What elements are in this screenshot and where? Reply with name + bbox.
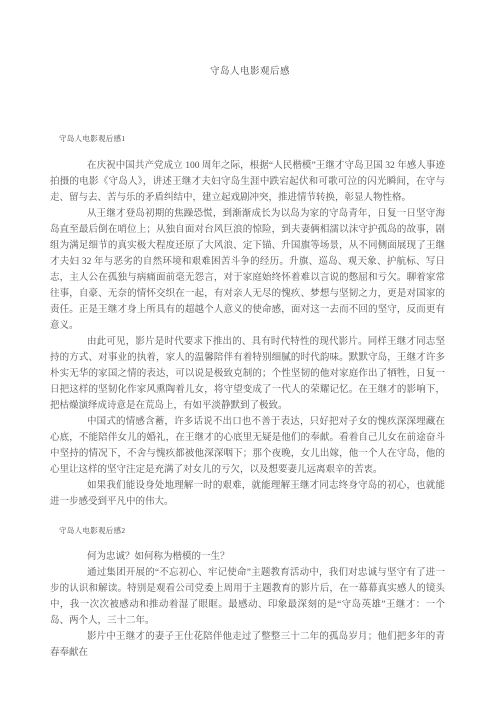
paragraph: 由此可见，影片是时代要求下推出的、具有时代特性的现代影片。同样王继才同志坚持的方… (50, 334, 445, 414)
section-heading-1: 守岛人电影观后感1 (59, 134, 445, 144)
paragraph: 中国式的情感含蓄，许多话说不出口也不善于表达，只好把对子女的愧疚深深埋藏在心底，… (50, 414, 445, 478)
section-review-1: 守岛人电影观后感1 在庆祝中国共产党成立 100 周年之际，根据“人民楷模”王继… (50, 134, 445, 510)
paragraph: 如果我们能设身处地理解一时的艰难，就能理解王继才同志终身守岛的初心，也就能进一步… (50, 478, 445, 510)
document-title: 守岛人电影观后感 (0, 0, 500, 78)
paragraph: 通过集团开展的“不忘初心、牢记使命”主题教育活动中，我们对忠诚与坚守有了进一步的… (50, 565, 445, 629)
document-content: 守岛人电影观后感1 在庆祝中国共产党成立 100 周年之际，根据“人民楷模”王继… (50, 134, 445, 661)
document-page: 守岛人电影观后感 守岛人电影观后感1 在庆祝中国共产党成立 100 周年之际，根… (0, 0, 500, 708)
section-heading-2: 守岛人电影观后感2 (59, 526, 445, 536)
paragraph: 在庆祝中国共产党成立 100 周年之际，根据“人民楷模”王继才守岛卫国 32 年… (50, 158, 445, 206)
paragraph: 何为忠诚？如何称为楷模的一生？ (50, 549, 445, 565)
paragraph: 影片中王继才的妻子王仕花陪伴他走过了整整三十二年的孤岛岁月；他们把多年的青春奉献… (50, 629, 445, 661)
section-review-2: 守岛人电影观后感2 何为忠诚？如何称为楷模的一生？ 通过集团开展的“不忘初心、牢… (50, 526, 445, 661)
paragraph: 从王继才登岛初期的焦躁恐慌，到渐渐成长为以岛为家的守岛青年，日复一日坚守海岛直至… (50, 206, 445, 334)
